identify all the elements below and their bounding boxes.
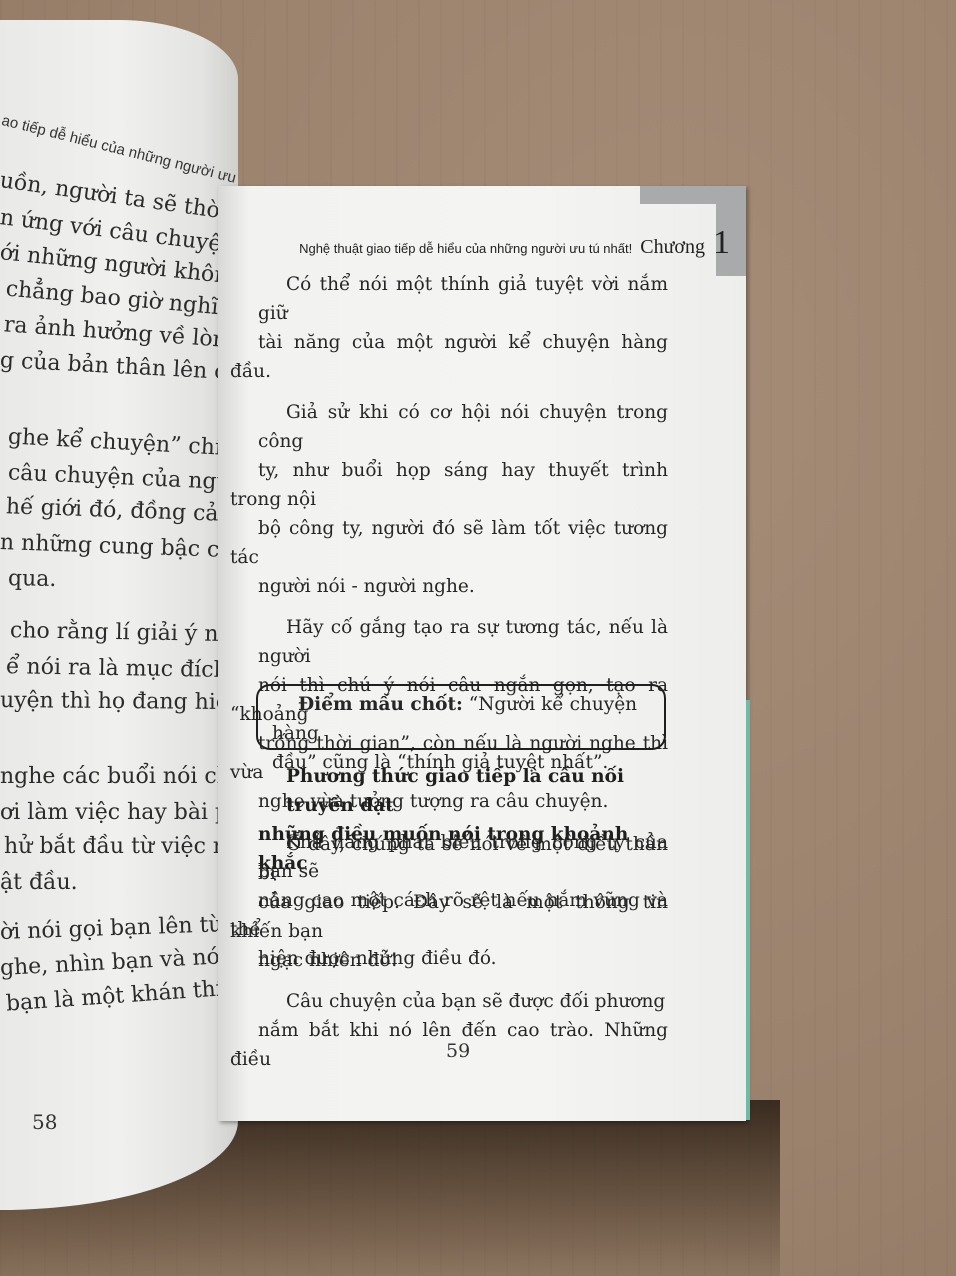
left-page: ao tiếp dễ hiểu của những người ưu tú nh… [0, 20, 238, 1210]
left-line: cho rằng lí giải ý nghĩa nh [0, 618, 238, 648]
heading-line: Phương thức giao tiếp là cầu nối truyền … [258, 762, 678, 820]
left-line: g của bản thân lên chính [0, 348, 238, 387]
chapter-number: 1 [713, 226, 730, 260]
chapter-label: Chương [640, 236, 705, 259]
left-line: n những cung bậc cảm xúc [0, 530, 238, 565]
text-line: ngạc nhiên đó! [230, 946, 668, 975]
left-line: qua. [0, 566, 57, 592]
text-line: Ở đây, chúng ta sẽ nói về một điều thần … [258, 830, 668, 888]
left-line: ghe kể chuyện” chính là [0, 424, 238, 463]
keypoint-box: Điểm mấu chốt: “Người kể chuyện hàng đầu… [256, 684, 666, 750]
keypoint-line: Điểm mấu chốt: “Người kể chuyện hàng [272, 690, 654, 748]
paragraph: Giả sử khi có cơ hội nói chuyện trong cô… [258, 398, 668, 601]
text-line: Hãy cố gắng tạo ra sự tương tác, nếu là … [258, 613, 668, 671]
cover-edge [746, 700, 750, 1120]
left-line: bạn là một khán thính [0, 974, 238, 1016]
left-line: uyện thì họ đang hiểu sai [0, 688, 238, 715]
running-header: Nghệ thuật giao tiếp dễ hiểu của những n… [290, 226, 730, 260]
text-line: bộ công ty, người đó sẽ làm tốt việc tươ… [230, 514, 668, 572]
text-line: ty, như buổi họp sáng hay thuyết trình t… [230, 456, 668, 514]
left-line: ơi làm việc hay bài phát [0, 800, 238, 825]
text-line: tài năng của một người kể chuyện hàng đầ… [230, 328, 668, 386]
left-line: nghe các buổi nói chuyện [0, 764, 238, 789]
text-line: Có thể nói một thính giả tuyệt vời nắm g… [258, 270, 668, 328]
paragraph: Có thể nói một thính giả tuyệt vời nắm g… [258, 270, 668, 386]
left-page-number: 58 [32, 1110, 57, 1134]
left-line: hế giới đó, đồng cảm cũng [0, 494, 238, 529]
left-line: ể nói ra là mục đích của [0, 654, 238, 684]
right-page-number: 59 [446, 1040, 470, 1062]
text-line: Giả sử khi có cơ hội nói chuyện trong cô… [258, 398, 668, 456]
keypoint-label: Điểm mấu chốt: [298, 694, 463, 715]
left-line: câu chuyện của người nói, [0, 460, 238, 498]
left-line: ghe, nhìn bạn và nói chuy [0, 941, 238, 981]
left-line: ời nói gọi bạn lên từ [0, 912, 223, 945]
left-line: hử bắt đầu từ việc nhìn ng [0, 834, 238, 859]
paragraph: Ở đây, chúng ta sẽ nói về một điều thần … [258, 830, 668, 975]
text-line: Câu chuyện của bạn sẽ được đối phương [258, 987, 668, 1016]
text-line: của giao tiếp. Đây sẽ là một thông tin k… [230, 888, 668, 946]
left-line: ật đầu. [0, 870, 78, 895]
book-title: Nghệ thuật giao tiếp dễ hiểu của những n… [299, 241, 632, 256]
text-line: người nói - người nghe. [230, 572, 668, 601]
